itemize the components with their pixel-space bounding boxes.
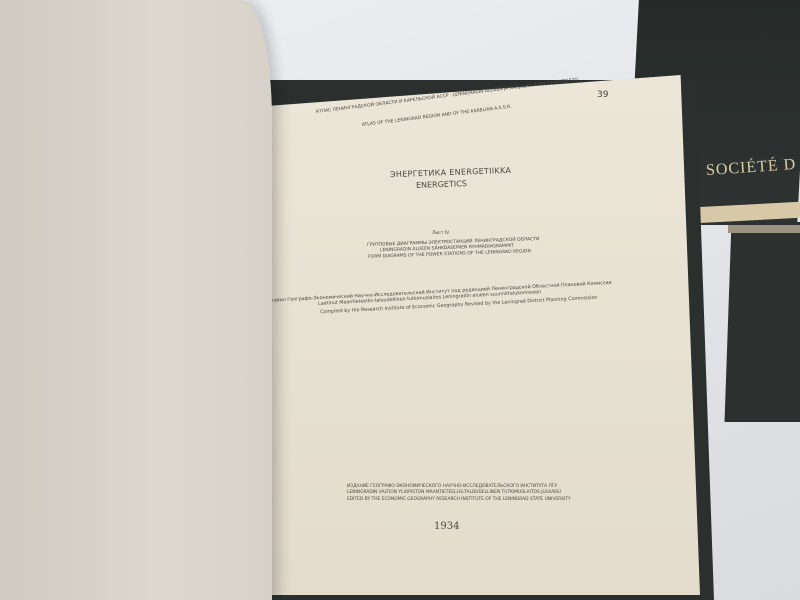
publication-year: 1934 [434, 521, 459, 532]
left-blank-page [0, 0, 272, 600]
sheet-label: Лист IV [432, 231, 449, 236]
publisher-russian: ИЗДАНИЕ ГЕОГРАФО-ЭКОНОМИЧЕСКОГО НАУЧНО-И… [347, 484, 557, 489]
section-title-english: ENERGETICS [416, 179, 467, 190]
second-background-book [725, 222, 800, 422]
second-background-book-edge [728, 225, 800, 233]
publisher-finnish: LENINGRADIN VALTION YLIOPISTON MAANTIETE… [347, 490, 561, 495]
page-number: 39 [597, 90, 608, 100]
publisher-english: EDITED BY THE ECONOMIC GEOGRAPHY RESEARC… [347, 497, 571, 502]
